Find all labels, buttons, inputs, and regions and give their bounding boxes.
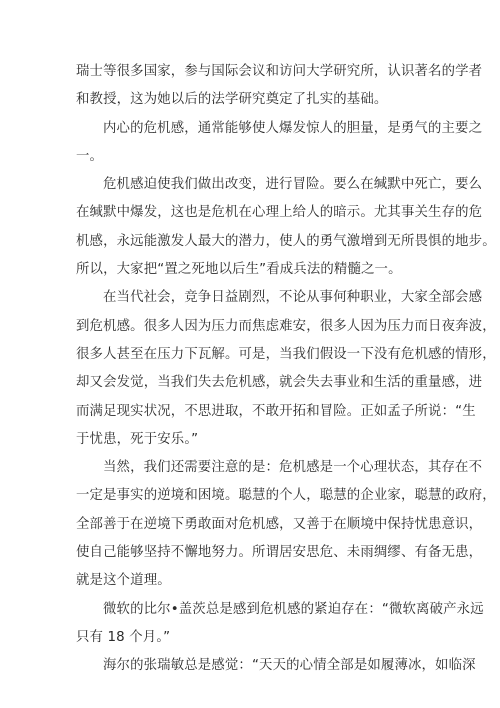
paragraph-5: 当然，我们还需要注意的是：危机感是一个心理状态，其存在不 一定是事实的逆境和困境… [76, 458, 426, 599]
text-line: 一。 [76, 147, 426, 175]
text-line: 微软的比尔•盖茨总是感到危机感的紧迫存在：“微软离破产永远 [76, 600, 426, 628]
text-line: 海尔的张瑞敏总是感觉：“天天的心情全部是如履薄冰，如临深 [76, 656, 426, 684]
text-line: 和教授，这为她以后的法学研究奠定了扎实的基础。 [76, 90, 426, 118]
text-line: 瑞士等很多国家，参与国际会议和访问大学研究所，认识著名的学者 [76, 62, 426, 90]
text-line: 很多人甚至在压力下瓦解。可是，当我们假设一下没有危机感的情形， [76, 345, 426, 373]
text-line: 全部善于在逆境下勇敢面对危机感，又善于在顺境中保持忧患意识， [76, 515, 426, 543]
text-line: 当然，我们还需要注意的是：危机感是一个心理状态，其存在不 [76, 458, 426, 486]
paragraph-6: 微软的比尔•盖茨总是感到危机感的紧迫存在：“微软离破产永远 只有 18 个月。” [76, 600, 426, 657]
text-line: 而满足现实状况，不思进取，不敢开拓和冒险。正如孟子所说：“生 [76, 402, 426, 430]
text-line: 于忧患，死于安乐。” [76, 430, 426, 458]
text-line: 一定是事实的逆境和困境。聪慧的个人，聪慧的企业家，聪慧的政府， [76, 486, 426, 514]
text-line: 在缄默中爆发，这也是危机在心理上给人的暗示。尤其事关生存的危 [76, 203, 426, 231]
text-line: 使自己能够坚持不懈地努力。所谓居安思危、未雨绸缪、有备无患， [76, 543, 426, 571]
paragraph-1-continuation: 瑞士等很多国家，参与国际会议和访问大学研究所，认识著名的学者 和教授，这为她以后… [76, 62, 426, 119]
paragraph-3: 危机感迫使我们做出改变，进行冒险。要么在缄默中死亡，要么 在缄默中爆发，这也是危… [76, 175, 426, 288]
text-line: 就是这个道理。 [76, 571, 426, 599]
text-line: 只有 18 个月。” [76, 628, 426, 656]
document-body: 瑞士等很多国家，参与国际会议和访问大学研究所，认识著名的学者 和教授，这为她以后… [76, 62, 426, 685]
text-line: 却又会发觉，当我们失去危机感，就会失去事业和生活的重量感，进 [76, 373, 426, 401]
paragraph-4: 在当代社会，竞争日益剧烈，不论从事何种职业，大家全部会感 到危机感。很多人因为压… [76, 288, 426, 458]
paragraph-2: 内心的危机感，通常能够使人爆发惊人的胆量，是勇气的主要之 一。 [76, 119, 426, 176]
text-line: 危机感迫使我们做出改变，进行冒险。要么在缄默中死亡，要么 [76, 175, 426, 203]
document-page: 瑞士等很多国家，参与国际会议和访问大学研究所，认识著名的学者 和教授，这为她以后… [0, 0, 500, 708]
text-line: 到危机感。很多人因为压力而焦虑难安，很多人因为压力而日夜奔波， [76, 317, 426, 345]
paragraph-7: 海尔的张瑞敏总是感觉：“天天的心情全部是如履薄冰，如临深 [76, 656, 426, 684]
text-line: 所以，大家把“置之死地以后生”看成兵法的精髓之一。 [76, 260, 426, 288]
text-line: 在当代社会，竞争日益剧烈，不论从事何种职业，大家全部会感 [76, 288, 426, 316]
text-line: 内心的危机感，通常能够使人爆发惊人的胆量，是勇气的主要之 [76, 119, 426, 147]
text-line: 机感，永远能激发人最大的潜力，使人的勇气激增到无所畏惧的地步。 [76, 232, 426, 260]
